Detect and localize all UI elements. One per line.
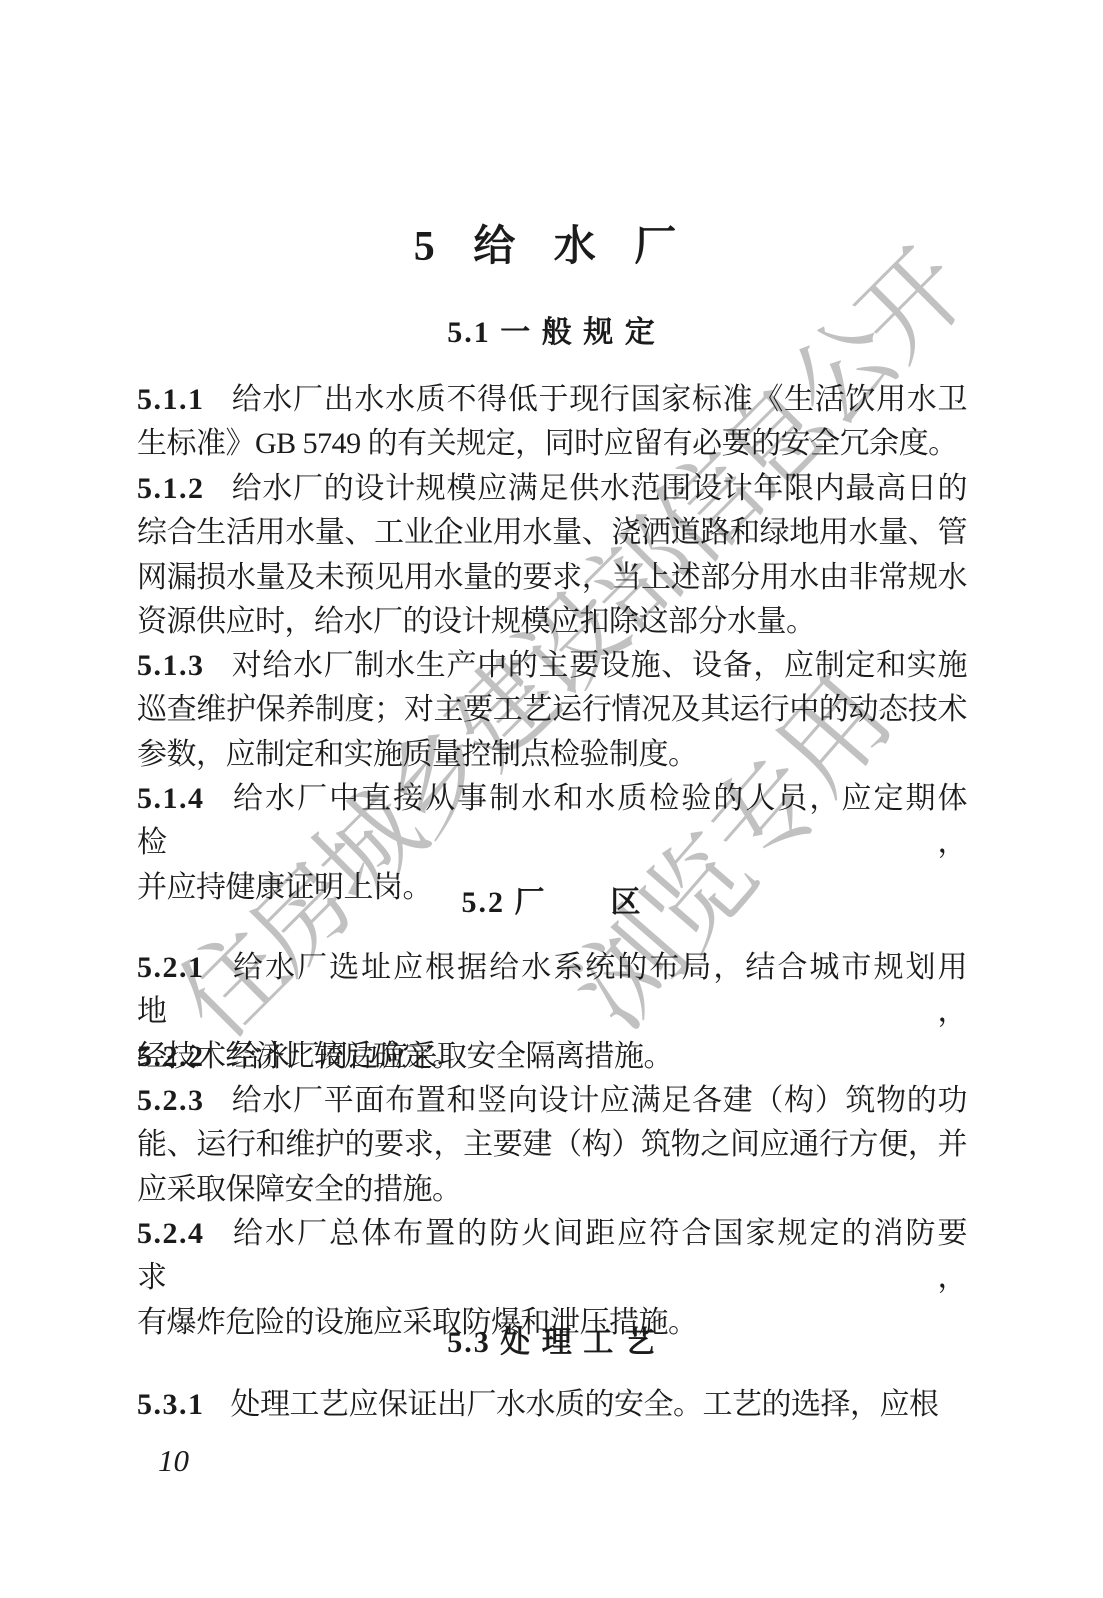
- clause-5-1-3: 5.1.3对给水厂制水生产中的主要设施、设备，应制定和实施 巡查维护保养制度；对…: [137, 644, 967, 777]
- clause-number: 5.2.2: [137, 1040, 205, 1073]
- clause-text: 给水厂中直接从事制水和水质检验的人员，应定期体检，: [137, 782, 967, 859]
- text-line: 5.2.3给水厂平面布置和竖向设计应满足各建（构）筑物的功: [137, 1079, 967, 1123]
- clause-text: 给水厂的设计规模应满足供水范围设计年限内最高日的: [231, 472, 968, 505]
- text-line: 5.2.2给水厂周边应采取安全隔离措施。: [137, 1035, 967, 1079]
- text-line: 5.2.1给水厂选址应根据给水系统的布局，结合城市规划用地，: [137, 946, 967, 1035]
- clause-number: 5.1.3: [137, 649, 205, 682]
- clause-number: 5.2.4: [137, 1217, 205, 1250]
- clause-5-1-2: 5.1.2给水厂的设计规模应满足供水范围设计年限内最高日的 综合生活用水量、工业…: [137, 467, 967, 645]
- clause-text: 处理工艺应保证出厂水水质的安全。工艺的选择，应根: [231, 1388, 939, 1421]
- clause-text: 给水厂出水水质不得低于现行国家标准《生活饮用水卫: [231, 383, 968, 416]
- text-line: 能、运行和维护的要求，主要建（构）筑物之间应通行方便，并: [137, 1123, 967, 1167]
- chapter-title: 5 给 水 厂: [137, 221, 967, 273]
- document-page: 住房城乡建设部信息公开 浏览专用 5 给 水 厂 5.1 一 般 规 定 5.1…: [0, 0, 1103, 1598]
- clause-number: 5.1.2: [137, 472, 205, 505]
- text-line: 综合生活用水量、工业企业用水量、浇洒道路和绿地用水量、管: [137, 511, 967, 555]
- page-number: 10: [158, 1443, 189, 1479]
- text-line: 应采取保障安全的措施。: [137, 1168, 967, 1212]
- clause-number: 5.2.1: [137, 951, 205, 984]
- text-line: 参数，应制定和实施质量控制点检验制度。: [137, 733, 967, 777]
- clause-5-3-1: 5.3.1处理工艺应保证出厂水水质的安全。工艺的选择，应根: [137, 1383, 967, 1427]
- text-line: 5.3.1处理工艺应保证出厂水水质的安全。工艺的选择，应根: [137, 1383, 967, 1427]
- text-line: 5.1.3对给水厂制水生产中的主要设施、设备，应制定和实施: [137, 644, 967, 688]
- clause-5-2-2: 5.2.2给水厂周边应采取安全隔离措施。: [137, 1035, 967, 1079]
- clause-5-1-1: 5.1.1给水厂出水水质不得低于现行国家标准《生活饮用水卫 生标准》GB 574…: [137, 378, 967, 467]
- section-heading-5-3: 5.3 处 理 工 艺: [137, 1321, 967, 1365]
- text-line: 5.1.2给水厂的设计规模应满足供水范围设计年限内最高日的: [137, 467, 967, 511]
- clause-text: 给水厂总体布置的防火间距应符合国家规定的消防要求，: [137, 1217, 967, 1294]
- text-line: 5.1.4给水厂中直接从事制水和水质检验的人员，应定期体检，: [137, 777, 967, 866]
- clause-number: 5.1.1: [137, 383, 205, 416]
- clause-text: 对给水厂制水生产中的主要设施、设备，应制定和实施: [231, 649, 968, 682]
- text-line: 网漏损水量及未预见用水量的要求，当上述部分用水由非常规水: [137, 556, 967, 600]
- clause-text: 给水厂选址应根据给水系统的布局，结合城市规划用地，: [137, 951, 967, 1028]
- text-line: 生标准》GB 5749 的有关规定，同时应留有必要的安全冗余度。: [137, 422, 967, 466]
- clause-number: 5.2.3: [137, 1084, 205, 1117]
- text-line: 5.1.1给水厂出水水质不得低于现行国家标准《生活饮用水卫: [137, 378, 967, 422]
- clause-number: 5.1.4: [137, 782, 205, 815]
- section-heading-5-2: 5.2 厂 区: [137, 881, 967, 925]
- clause-text: 给水厂周边应采取安全隔离措施。: [231, 1040, 674, 1073]
- text-line: 5.2.4给水厂总体布置的防火间距应符合国家规定的消防要求，: [137, 1212, 967, 1301]
- clause-5-2-3: 5.2.3给水厂平面布置和竖向设计应满足各建（构）筑物的功 能、运行和维护的要求…: [137, 1079, 967, 1212]
- text-line: 巡查维护保养制度；对主要工艺运行情况及其运行中的动态技术: [137, 688, 967, 732]
- text-line: 资源供应时，给水厂的设计规模应扣除这部分水量。: [137, 600, 967, 644]
- clause-number: 5.3.1: [137, 1388, 205, 1421]
- section-heading-5-1: 5.1 一 般 规 定: [137, 311, 967, 355]
- clause-text: 给水厂平面布置和竖向设计应满足各建（构）筑物的功: [231, 1084, 968, 1117]
